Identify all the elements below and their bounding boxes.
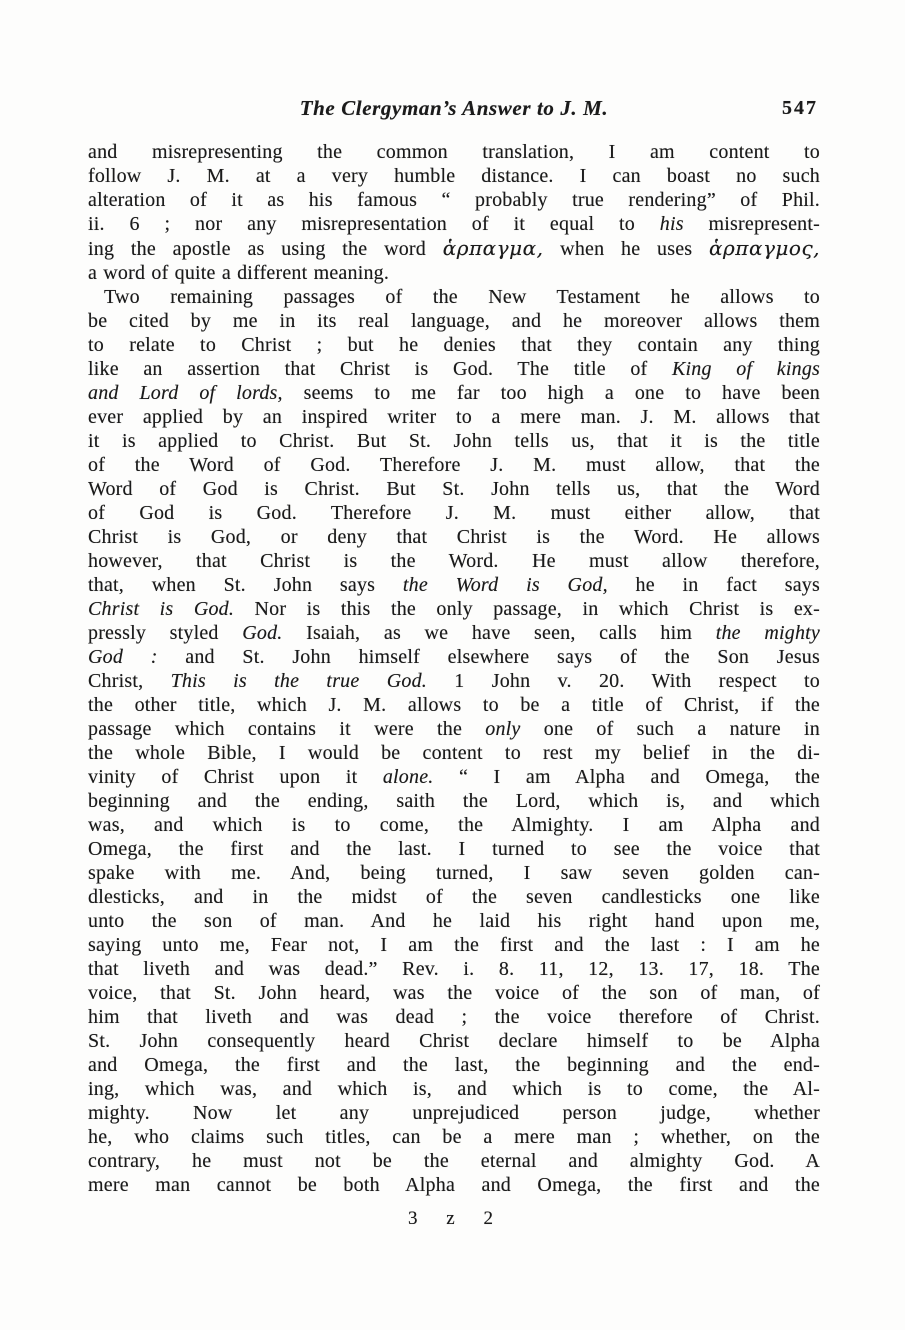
text-line: Word of God is Christ. But St. John tell… xyxy=(88,477,820,501)
text-line: Christ is God, or deny that Christ is th… xyxy=(88,525,820,549)
text-line: passage which contains it were the only … xyxy=(88,717,820,741)
text-line: St. John consequently heard Christ decla… xyxy=(88,1029,820,1053)
text-line: beginning and the ending, saith the Lord… xyxy=(88,789,820,813)
scanned-book-page: The Clergyman’s Answer to J. M. 547 and … xyxy=(0,0,905,1330)
text-line: and misrepresenting the common translati… xyxy=(88,140,820,164)
text-line: vinity of Christ upon it alone. “ I am A… xyxy=(88,765,820,789)
text-line: the whole Bible, I would be content to r… xyxy=(88,741,820,765)
running-head: The Clergyman’s Answer to J. M. 547 xyxy=(88,96,820,126)
text-line: he, who claims such titles, can be a mer… xyxy=(88,1125,820,1149)
text-line: Christ, This is the true God. 1 John v. … xyxy=(88,669,820,693)
text-line: the other title, which J. M. allows to b… xyxy=(88,693,820,717)
text-line: it is applied to Christ. But St. John te… xyxy=(88,429,820,453)
text-line: pressly styled God. Isaiah, as we have s… xyxy=(88,621,820,645)
text-line: and Omega, the first and the last, the b… xyxy=(88,1053,820,1077)
text-line: to relate to Christ ; but he denies that… xyxy=(88,333,820,357)
text-line: saying unto me, Fear not, I am the first… xyxy=(88,933,820,957)
text-line: however, that Christ is the Word. He mus… xyxy=(88,549,820,573)
paragraph: Two remaining passages of the New Testam… xyxy=(88,285,820,1197)
text-line: Christ is God. Nor is this the only pass… xyxy=(88,597,820,621)
text-line: contrary, he must not be the eternal and… xyxy=(88,1149,820,1173)
text-line: voice, that St. John heard, was the voic… xyxy=(88,981,820,1005)
text-line: ii. 6 ; nor any misrepresentation of it … xyxy=(88,212,820,236)
text-line: ing the apostle as using the word ἁρπαγμ… xyxy=(88,236,820,261)
text-line: mere man cannot be both Alpha and Omega,… xyxy=(88,1173,820,1197)
text-line: mighty. Now let any unprejudiced person … xyxy=(88,1101,820,1125)
text-line: ing, which was, and which is, and which … xyxy=(88,1077,820,1101)
text-line: God : and St. John himself elsewhere say… xyxy=(88,645,820,669)
text-line: dlesticks, and in the midst of the seven… xyxy=(88,885,820,909)
text-line: alteration of it as his famous “ probabl… xyxy=(88,188,820,212)
text-line: be cited by me in its real language, and… xyxy=(88,309,820,333)
text-line: of God is God. Therefore J. M. must eith… xyxy=(88,501,820,525)
paragraph: and misrepresenting the common translati… xyxy=(88,140,820,285)
text-line: unto the son of man. And he laid his rig… xyxy=(88,909,820,933)
text-line: him that liveth and was dead ; the voice… xyxy=(88,1005,820,1029)
text-line: like an assertion that Christ is God. Th… xyxy=(88,357,820,381)
text-line: that liveth and was dead.” Rev. i. 8. 11… xyxy=(88,957,820,981)
text-line: Two remaining passages of the New Testam… xyxy=(88,285,820,309)
text-line: a word of quite a different meaning. xyxy=(88,261,820,285)
page-title: The Clergyman’s Answer to J. M. xyxy=(300,96,609,120)
text-line: of the Word of God. Therefore J. M. must… xyxy=(88,453,820,477)
signature-mark: 3 z 2 xyxy=(88,1208,820,1230)
text-line: was, and which is to come, the Almighty.… xyxy=(88,813,820,837)
text-line: and Lord of lords, seems to me far too h… xyxy=(88,381,820,405)
page-body: and misrepresenting the common translati… xyxy=(88,140,820,1197)
text-line: Omega, the first and the last. I turned … xyxy=(88,837,820,861)
text-line: ever applied by an inspired writer to a … xyxy=(88,405,820,429)
text-line: follow J. M. at a very humble distance. … xyxy=(88,164,820,188)
page-number: 547 xyxy=(782,97,818,120)
text-line: spake with me. And, being turned, I saw … xyxy=(88,861,820,885)
text-line: that, when St. John says the Word is God… xyxy=(88,573,820,597)
